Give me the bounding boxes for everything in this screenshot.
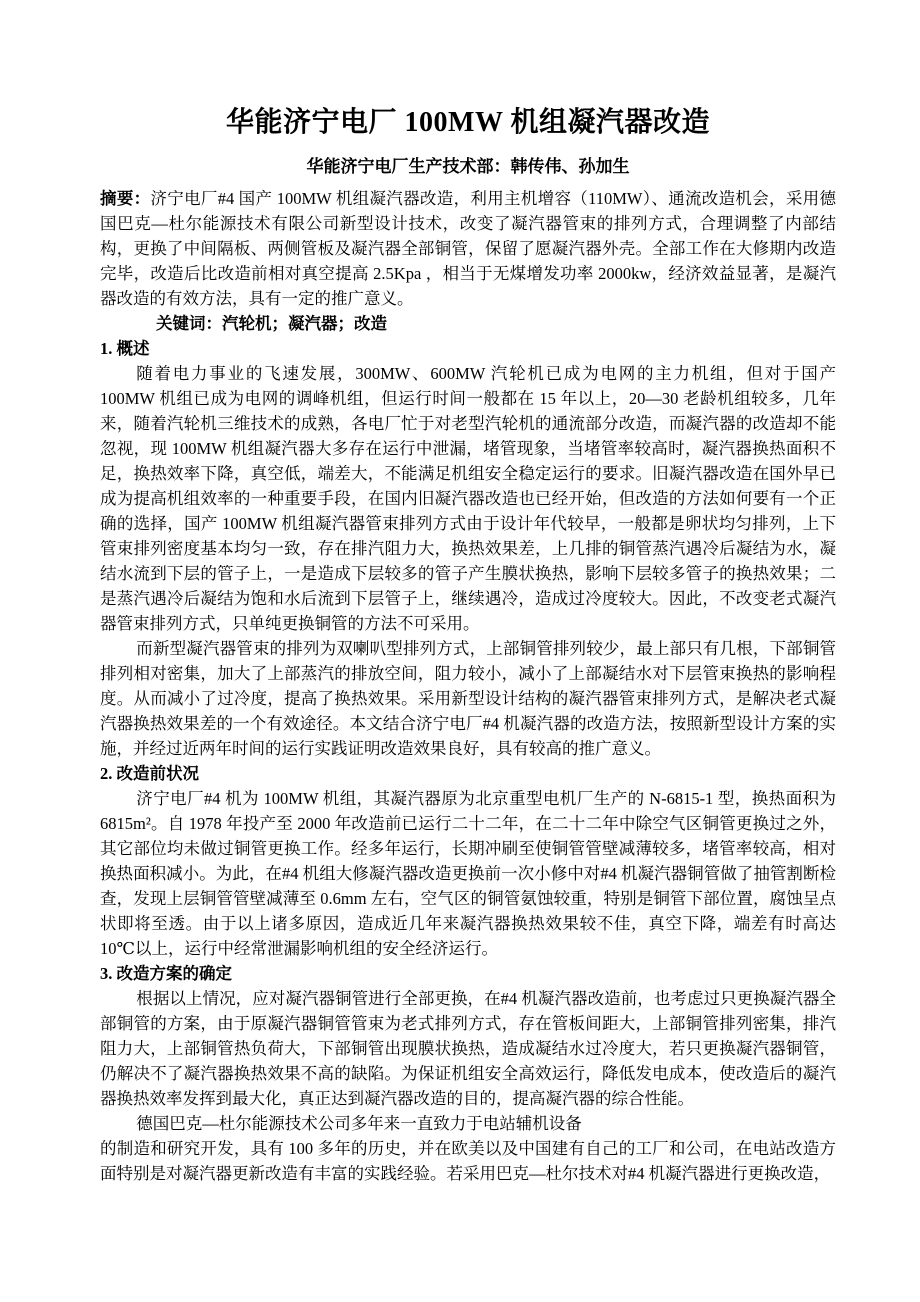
section-1-heading: 1. 概述 [100, 336, 836, 361]
abstract-text: 济宁电厂#4 国产 100MW 机组凝汽器改造，利用主机增容（110MW）、通流… [100, 189, 836, 308]
keywords-line: 关键词：汽轮机；凝汽器；改造 [100, 311, 836, 336]
section-1-paragraph-1: 随着电力事业的飞速发展，300MW、600MW 汽轮机已成为电网的主力机组，但对… [100, 361, 836, 636]
byline: 华能济宁电厂生产技术部：韩传伟、孙加生 [100, 154, 836, 180]
section-1-paragraph-2: 而新型凝汽器管束的排列为双喇叭型排列方式，上部铜管排列较少，最上部只有几根，下部… [100, 636, 836, 761]
section-3-paragraph-3: 的制造和研究开发，具有 100 多年的历史，并在欧美以及中国建有自己的工厂和公司… [100, 1136, 836, 1186]
section-2-paragraph-1: 济宁电厂#4 机为 100MW 机组，其凝汽器原为北京重型电机厂生产的 N-68… [100, 786, 836, 961]
document-page: 华能济宁电厂 100MW 机组凝汽器改造 华能济宁电厂生产技术部：韩传伟、孙加生… [0, 0, 920, 1302]
section-3-paragraph-2: 德国巴克—杜尔能源技术公司多年来一直致力于电站辅机设备 [100, 1111, 836, 1136]
section-3-heading: 3. 改造方案的确定 [100, 961, 836, 986]
abstract-label: 摘要： [100, 189, 150, 208]
section-2-heading: 2. 改造前状况 [100, 761, 836, 786]
keywords-label: 关键词： [156, 314, 222, 333]
abstract-paragraph: 摘要：济宁电厂#4 国产 100MW 机组凝汽器改造，利用主机增容（110MW）… [100, 186, 836, 311]
document-content: 华能济宁电厂 100MW 机组凝汽器改造 华能济宁电厂生产技术部：韩传伟、孙加生… [100, 102, 836, 1186]
section-3-paragraph-1: 根据以上情况，应对凝汽器铜管进行全部更换，在#4 机凝汽器改造前，也考虑过只更换… [100, 986, 836, 1111]
page-title: 华能济宁电厂 100MW 机组凝汽器改造 [100, 102, 836, 144]
keywords-text: 汽轮机；凝汽器；改造 [222, 314, 387, 333]
